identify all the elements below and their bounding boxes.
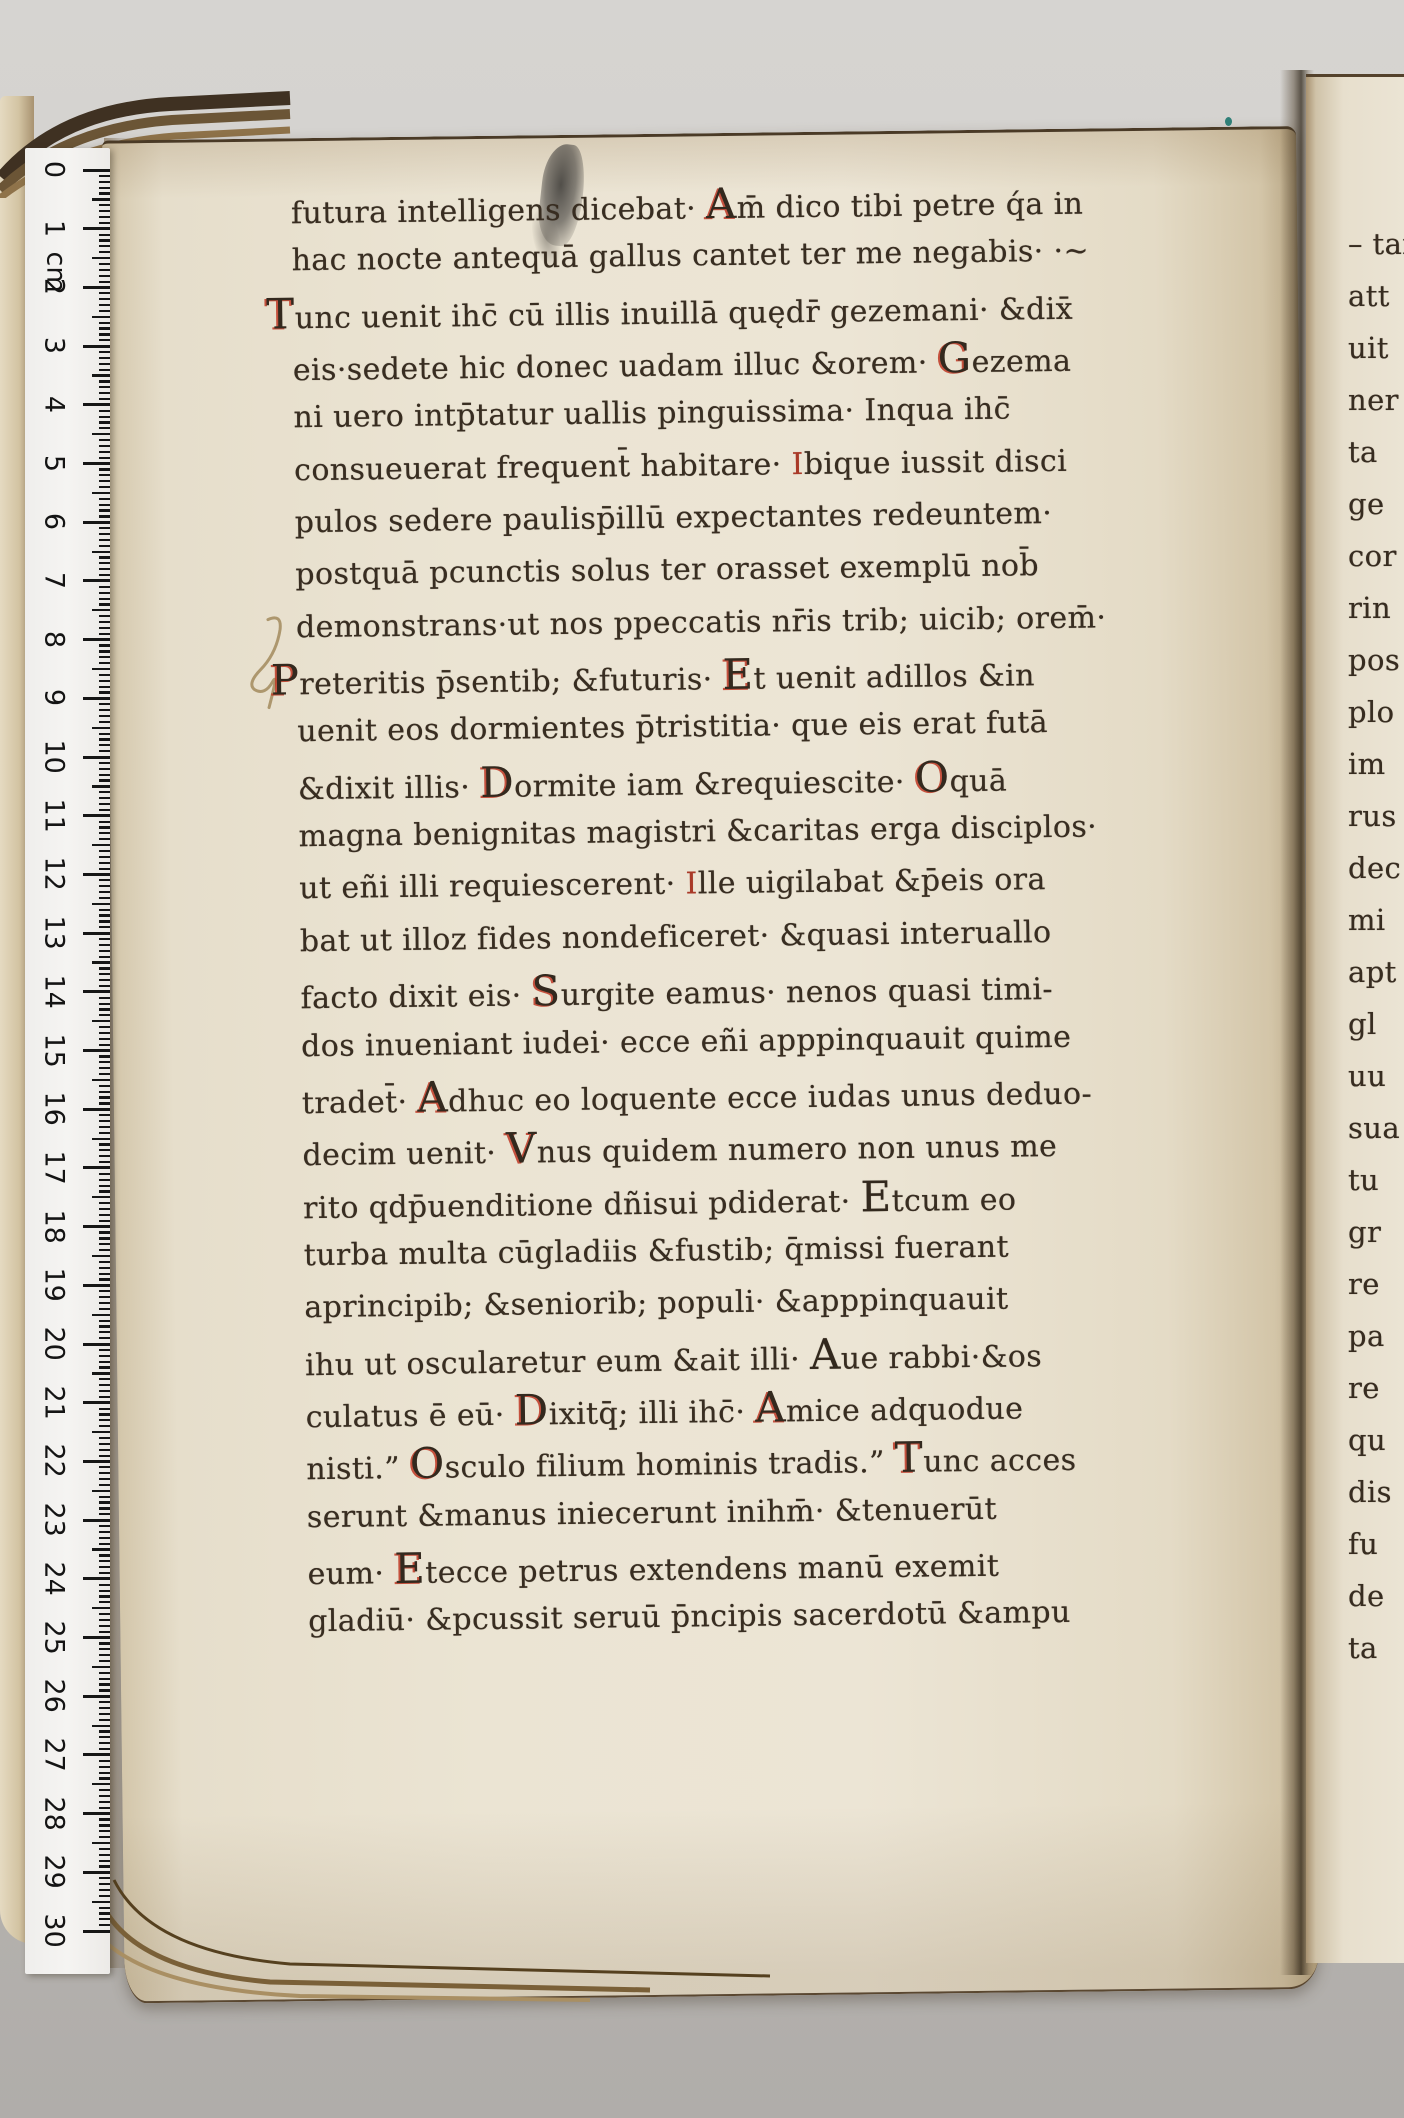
facing-text-fragment: dec <box>1348 851 1401 885</box>
ruler-number: 12 <box>39 857 70 891</box>
mm-tick <box>99 1760 110 1762</box>
initial-letter: S <box>531 966 561 1015</box>
mm-tick <box>92 1079 110 1081</box>
line-text: &dixit illis· <box>298 770 480 807</box>
mm-tick <box>92 198 110 200</box>
cm-tick <box>83 1401 110 1404</box>
mm-tick <box>99 1672 110 1674</box>
mm-tick <box>92 844 110 846</box>
mm-tick <box>99 187 110 189</box>
mm-tick <box>99 1836 110 1838</box>
mm-tick <box>99 1613 110 1615</box>
ruler-number: 30 <box>39 1914 70 1948</box>
line-text: culatus ē eū· <box>305 1398 514 1436</box>
mm-tick <box>99 721 110 723</box>
manuscript-line: facto dixit eis· Surgite eamus· nenos qu… <box>300 960 1001 1021</box>
line-text: eum· <box>307 1556 394 1592</box>
cm-tick <box>83 1812 110 1815</box>
mm-tick <box>99 1513 110 1515</box>
mm-tick <box>99 762 110 764</box>
facing-text-fragment: pos <box>1348 643 1400 677</box>
cm-tick <box>83 756 110 759</box>
mm-tick <box>92 1607 110 1609</box>
mm-tick <box>99 1701 110 1703</box>
mm-tick <box>99 1584 110 1586</box>
facing-text-fragment: im <box>1348 747 1386 781</box>
mm-tick <box>99 615 110 617</box>
line-text: aprincipib; &seniorib; populi· &apppinqu… <box>304 1282 1009 1326</box>
mm-tick <box>99 281 110 283</box>
ruler-number: 28 <box>39 1796 70 1830</box>
line-text: hac nocte antequā gallus cantet ter me n… <box>291 234 1089 279</box>
mm-tick <box>99 310 110 312</box>
mm-tick <box>99 210 110 212</box>
mm-tick <box>99 1413 110 1415</box>
line-text: unc uenit ihc̄ cū illis inuillā quędr̄ g… <box>294 291 1073 336</box>
mm-tick <box>99 1349 110 1351</box>
cm-tick <box>83 521 110 524</box>
mm-tick <box>99 275 110 277</box>
mm-tick <box>99 1408 110 1410</box>
ruler-number: 9 <box>39 681 70 715</box>
mm-tick <box>99 1179 110 1181</box>
mm-tick <box>99 1830 110 1832</box>
mm-tick <box>99 386 110 388</box>
mm-tick <box>99 627 110 629</box>
mm-tick <box>92 1196 110 1198</box>
mm-tick <box>99 662 110 664</box>
ruler-number: 1 <box>39 211 70 245</box>
ruler-number: 0 <box>39 153 70 187</box>
mm-tick <box>99 686 110 688</box>
facing-text-fragment: rus <box>1348 799 1397 833</box>
cm-tick <box>83 873 110 876</box>
ruler-number: 20 <box>39 1327 70 1361</box>
cm-tick <box>83 286 110 289</box>
initial-letter: T <box>266 289 295 338</box>
mm-tick <box>99 1267 110 1269</box>
initial-letter: E <box>722 650 754 699</box>
mm-tick <box>99 633 110 635</box>
mm-tick <box>99 950 110 952</box>
mm-tick <box>99 556 110 558</box>
mm-tick <box>99 427 110 429</box>
mm-tick <box>99 1155 110 1157</box>
mm-tick <box>99 914 110 916</box>
mm-tick <box>99 1120 110 1122</box>
mm-tick <box>99 333 110 335</box>
mm-tick <box>92 374 110 376</box>
mm-tick <box>99 445 110 447</box>
mm-tick <box>99 192 110 194</box>
mm-tick <box>99 1366 110 1368</box>
mm-tick <box>99 1378 110 1380</box>
mm-tick <box>99 1466 110 1468</box>
mm-tick <box>99 891 110 893</box>
mm-tick <box>99 1173 110 1175</box>
line-text: mice adquodue <box>786 1391 1024 1429</box>
mm-tick <box>92 961 110 963</box>
mm-tick <box>99 1443 110 1445</box>
cm-tick <box>83 1930 110 1933</box>
mm-tick <box>99 1678 110 1680</box>
mm-tick <box>99 1807 110 1809</box>
mm-tick <box>99 838 110 840</box>
manuscript-line: &dixit illis· Dormite iam &requiescite· … <box>298 750 999 811</box>
cm-tick <box>83 1460 110 1463</box>
manuscript-line: turba multa cūgladiis &fustib; q̄missi f… <box>303 1222 1004 1283</box>
mm-tick <box>99 1214 110 1216</box>
cm-tick <box>83 638 110 641</box>
mm-tick <box>99 1572 110 1574</box>
mm-tick <box>99 439 110 441</box>
mm-tick <box>99 1748 110 1750</box>
mm-tick <box>92 785 110 787</box>
mm-tick <box>99 744 110 746</box>
line-text: dhuc eo loquente ecce iudas unus deduo- <box>448 1076 1092 1119</box>
mm-tick <box>99 1355 110 1357</box>
mm-tick <box>99 1026 110 1028</box>
line-text: tecce petrus extendens manū exemit <box>425 1549 999 1591</box>
mm-tick <box>99 1895 110 1897</box>
mm-tick <box>99 809 110 811</box>
mm-tick <box>99 674 110 676</box>
mm-tick <box>99 1554 110 1556</box>
mm-tick <box>99 603 110 605</box>
mm-tick <box>99 621 110 623</box>
mm-tick <box>99 451 110 453</box>
cm-tick <box>83 169 110 172</box>
facing-text-fragment: ner <box>1348 383 1399 417</box>
manuscript-line: uenit eos dormientes p̄tristitia· que ei… <box>297 698 998 759</box>
mm-tick <box>99 1848 110 1850</box>
cm-tick <box>83 227 110 230</box>
mm-tick <box>99 421 110 423</box>
mm-tick <box>99 245 110 247</box>
mm-tick <box>99 1437 110 1439</box>
mm-tick <box>99 216 110 218</box>
mm-tick <box>99 392 110 394</box>
cm-tick <box>83 345 110 348</box>
mm-tick <box>99 985 110 987</box>
mm-tick <box>99 1320 110 1322</box>
mm-tick <box>99 204 110 206</box>
ruler-unit-label: cm <box>41 252 72 286</box>
line-text: ue rabbi·&os <box>841 1339 1043 1376</box>
mm-tick <box>99 1143 110 1145</box>
mm-tick <box>99 1642 110 1644</box>
mm-tick <box>99 1918 110 1920</box>
ruler-number: 13 <box>39 916 70 950</box>
mm-tick <box>99 363 110 365</box>
mm-tick <box>99 181 110 183</box>
mm-tick <box>99 1243 110 1245</box>
initial-letter: E <box>394 1544 426 1593</box>
ruler-number: 10 <box>39 740 70 774</box>
mm-tick <box>99 1149 110 1151</box>
mm-tick <box>99 938 110 940</box>
mm-tick <box>99 339 110 341</box>
mm-tick <box>99 1860 110 1862</box>
mm-tick <box>99 1396 110 1398</box>
manuscript-line: aprincipib; &seniorib; populi· &apppinqu… <box>304 1274 1005 1335</box>
mm-tick <box>99 1067 110 1069</box>
mm-tick <box>99 1742 110 1744</box>
mm-tick <box>99 1560 110 1562</box>
cm-tick <box>83 579 110 582</box>
facing-text-fragment: ge <box>1348 487 1385 521</box>
mm-tick <box>99 1689 110 1691</box>
mm-tick <box>99 1190 110 1192</box>
cm-tick <box>83 1108 110 1111</box>
line-text: sculo filium hominis tradis.” <box>445 1445 895 1485</box>
mm-tick <box>99 1907 110 1909</box>
line-text: bique iussit disci <box>804 444 1068 482</box>
ruler-number: 15 <box>39 1033 70 1067</box>
mm-tick <box>99 1308 110 1310</box>
facing-text-fragment: re <box>1348 1371 1380 1405</box>
mm-tick <box>99 1619 110 1621</box>
mm-tick <box>99 1208 110 1210</box>
mm-tick <box>99 1085 110 1087</box>
mm-tick <box>92 1431 110 1433</box>
mm-tick <box>99 545 110 547</box>
initial-letter: I <box>685 867 698 902</box>
mm-tick <box>99 1631 110 1633</box>
ruler-number: 21 <box>39 1385 70 1419</box>
mm-tick <box>99 1660 110 1662</box>
cm-tick <box>83 1519 110 1522</box>
mm-tick <box>99 509 110 511</box>
mm-tick <box>99 351 110 353</box>
ruler-number: 27 <box>39 1737 70 1771</box>
manuscript-line: magna benignitas magistri &caritas erga … <box>298 803 999 864</box>
line-text: decim uenit· <box>302 1136 506 1173</box>
mm-tick <box>92 1255 110 1257</box>
mm-tick <box>99 1766 110 1768</box>
mm-tick <box>99 1525 110 1527</box>
mm-tick <box>99 1654 110 1656</box>
initial-letter: O <box>410 1439 445 1488</box>
mm-tick <box>99 1595 110 1597</box>
ruler-number: 22 <box>39 1444 70 1478</box>
facing-text-fragment: qu <box>1348 1423 1386 1457</box>
mm-tick <box>99 926 110 928</box>
mm-tick <box>99 380 110 382</box>
mm-tick <box>99 1912 110 1914</box>
line-text: urgite eamus· nenos quasi timi- <box>561 972 1054 1013</box>
initial-letter: D <box>480 757 515 806</box>
ruler-number: 16 <box>39 1092 70 1126</box>
mm-tick <box>92 492 110 494</box>
mm-tick <box>99 1132 110 1134</box>
mm-tick <box>92 1725 110 1727</box>
mm-tick <box>99 1278 110 1280</box>
line-text: ihu ut oscularetur eum &ait illi· <box>305 1342 810 1383</box>
manuscript-line: consueuerat frequent̄ habitare· Ibique i… <box>294 436 995 497</box>
mm-tick <box>92 1372 110 1374</box>
line-text: reteritis p̄sentib; &futuris· <box>299 662 723 702</box>
mm-tick <box>99 821 110 823</box>
mm-tick <box>99 1854 110 1856</box>
ruler-number: 26 <box>39 1679 70 1713</box>
initial-letter: I <box>791 447 804 482</box>
initial-letter: P <box>270 655 299 704</box>
mm-tick <box>99 1877 110 1879</box>
mm-tick <box>99 1032 110 1034</box>
line-text: gladiū· &pcussit seruū p̄ncipis sacerdot… <box>308 1595 1071 1639</box>
mm-tick <box>99 1384 110 1386</box>
line-text: futura intelligens dicebat· <box>291 191 706 231</box>
line-text: t uenit adillos &in <box>753 658 1035 696</box>
mm-tick <box>92 1490 110 1492</box>
facing-text-fragment: tu <box>1348 1163 1379 1197</box>
mm-tick <box>99 398 110 400</box>
mm-tick <box>99 568 110 570</box>
mm-tick <box>99 1707 110 1709</box>
initial-letter: D <box>514 1385 549 1434</box>
mm-tick <box>99 1865 110 1867</box>
manuscript-line: demonstrans·ut nos ppeccatis nr̄is trib;… <box>296 593 997 654</box>
mm-tick <box>99 779 110 781</box>
mm-tick <box>99 1683 110 1685</box>
manuscript-line: eis·sedete hic donec uadam illuc &orem· … <box>293 332 994 393</box>
mm-tick <box>99 715 110 717</box>
mm-tick <box>99 416 110 418</box>
line-text: nus quidem numero non unus me <box>537 1129 1058 1170</box>
mm-tick <box>99 1789 110 1791</box>
mm-tick <box>99 1736 110 1738</box>
mm-tick <box>99 768 110 770</box>
mm-tick <box>99 1713 110 1715</box>
initial-letter: T <box>894 1433 923 1482</box>
mm-tick <box>99 967 110 969</box>
mm-tick <box>99 733 110 735</box>
ruler-number: 25 <box>39 1620 70 1654</box>
manuscript-line: ni uero intp̄tatur uallis pinguissima· I… <box>293 384 994 445</box>
mm-tick <box>99 650 110 652</box>
mm-tick <box>99 1102 110 1104</box>
ruler-number: 4 <box>39 387 70 421</box>
line-text: tcum eo <box>891 1182 1016 1219</box>
mm-tick <box>99 222 110 224</box>
mm-tick <box>99 269 110 271</box>
mm-tick <box>99 1331 110 1333</box>
manuscript-line: ut eñi illi requiescerent· Ille uigilaba… <box>299 855 1000 916</box>
cm-tick <box>83 932 110 935</box>
initial-letter: A <box>755 1382 786 1431</box>
ruler-number: 3 <box>39 329 70 363</box>
mm-tick <box>99 1484 110 1486</box>
mm-tick <box>99 292 110 294</box>
mm-tick <box>99 1237 110 1239</box>
ruler-number: 23 <box>39 1503 70 1537</box>
mm-tick <box>99 1818 110 1820</box>
mm-tick <box>99 598 110 600</box>
mm-tick <box>99 533 110 535</box>
facing-text-fragment: dis <box>1348 1475 1392 1509</box>
mm-tick <box>99 1777 110 1779</box>
mm-tick <box>99 703 110 705</box>
cm-tick <box>83 1636 110 1639</box>
ruler-number: 7 <box>39 563 70 597</box>
line-text: ezema <box>971 344 1071 380</box>
facing-text-fragment: uit <box>1348 331 1389 365</box>
cm-tick <box>83 1577 110 1580</box>
mm-tick <box>99 1290 110 1292</box>
mm-tick <box>99 1507 110 1509</box>
ruler-number: 17 <box>39 1150 70 1184</box>
mm-tick <box>92 1783 110 1785</box>
mm-tick <box>99 826 110 828</box>
mm-tick <box>99 1449 110 1451</box>
mm-tick <box>99 562 110 564</box>
line-text: bat ut illoz fides nondeficeret· &quasi … <box>300 915 1052 959</box>
line-text: rito qdp̄uenditione dñisui pdiderat· <box>303 1184 861 1226</box>
mm-tick <box>99 1719 110 1721</box>
facing-text-fragment: rin <box>1348 591 1391 625</box>
mm-tick <box>99 1261 110 1263</box>
line-text: lle uigilabat &p̄eis ora <box>698 863 1046 902</box>
mm-tick <box>99 1249 110 1251</box>
mm-tick <box>99 1302 110 1304</box>
mm-tick <box>99 850 110 852</box>
mm-tick <box>99 1478 110 1480</box>
mm-tick <box>99 480 110 482</box>
mm-tick <box>99 234 110 236</box>
line-text: ixitq̄; illi ihc̄· <box>549 1395 756 1433</box>
mm-tick <box>99 1337 110 1339</box>
mm-tick <box>99 1772 110 1774</box>
mm-tick <box>99 263 110 265</box>
mm-tick <box>92 1138 110 1140</box>
manuscript-line: ihu ut oscularetur eum &ait illi· Aue ra… <box>305 1326 1006 1387</box>
mm-tick <box>92 433 110 435</box>
mm-tick <box>99 1537 110 1539</box>
mm-tick <box>99 862 110 864</box>
facing-text-fragment: sua <box>1348 1111 1400 1145</box>
mm-tick <box>99 920 110 922</box>
mm-tick <box>99 304 110 306</box>
mm-tick <box>99 1801 110 1803</box>
cm-tick <box>83 1284 110 1287</box>
manuscript-line: futura intelligens dicebat· Am̄ dico tib… <box>291 175 992 236</box>
mm-tick <box>99 1014 110 1016</box>
mm-tick <box>99 1073 110 1075</box>
line-text: dos inueniant iudei· ecce eñi apppinquau… <box>301 1019 1072 1063</box>
initial-letter: E <box>860 1172 892 1221</box>
manuscript-line: tradet̄· Adhuc eo loquente ecce iudas un… <box>301 1065 1002 1126</box>
facing-text-fragment: mi <box>1348 903 1386 937</box>
line-text: uenit eos dormientes p̄tristitia· que ei… <box>297 706 1048 750</box>
cm-tick <box>83 1166 110 1169</box>
cm-tick <box>83 1049 110 1052</box>
mm-tick <box>99 1325 110 1327</box>
ruler-number: 19 <box>39 1268 70 1302</box>
manuscript-line: nisti.” Osculo filium hominis tradis.” T… <box>306 1431 1007 1492</box>
mm-tick <box>99 239 110 241</box>
mm-tick <box>92 609 110 611</box>
cm-tick <box>83 403 110 406</box>
facing-text-fragment: de <box>1348 1579 1385 1613</box>
initial-letter: A <box>810 1329 841 1378</box>
mm-tick <box>99 1590 110 1592</box>
manuscript-line: dos inueniant iudei· ecce eñi apppinquau… <box>301 1012 1002 1073</box>
facing-text-fragment: – tai <box>1348 227 1404 261</box>
manuscript-line: serunt &manus iniecerunt inihm̄· &tenuer… <box>307 1483 1008 1544</box>
mm-tick <box>92 1314 110 1316</box>
initial-letter: V <box>506 1124 537 1173</box>
